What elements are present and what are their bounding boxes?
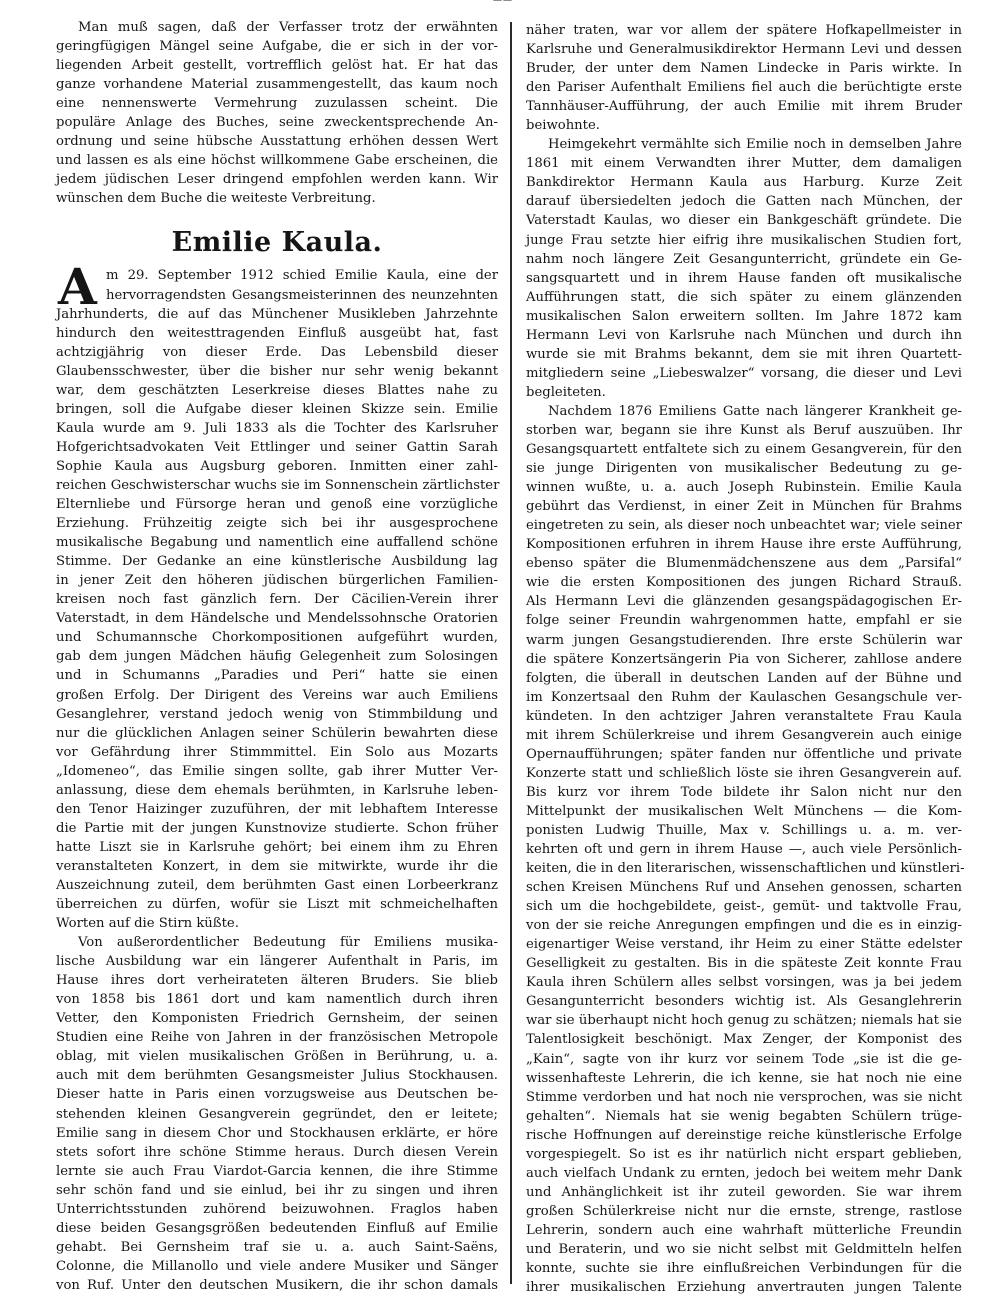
- text-line: Bankdirektor Hermann Kaula aus Harburg. …: [526, 173, 962, 192]
- drop-cap: A: [58, 265, 97, 309]
- text-line: wie die ersten Kompositionen des jungen …: [526, 573, 962, 592]
- paragraph-2: Von außerordentlicher Bedeutung für Emil…: [56, 933, 498, 1294]
- text-line: winnen wußte, u. a. auch Joseph Rubinste…: [526, 478, 962, 497]
- text-line: vorgespiegelt. So ist es ihr natürlich n…: [526, 1145, 962, 1164]
- text-line: kreisen noch fast gänzlich fern. Der Cäc…: [56, 590, 498, 609]
- text-line: oblag, mit vielen musikalischen Größen i…: [56, 1047, 498, 1066]
- text-line: 1861 mit einem Verwandten ihrer Mutter, …: [526, 154, 962, 173]
- text-line: folge seiner Freundin wahrgenommen hatte…: [526, 611, 962, 630]
- text-line: Jahrhunderts, die auf das Münchener Musi…: [56, 305, 498, 324]
- text-line: näher traten, war vor allem der spätere …: [526, 21, 962, 40]
- text-line: und Schumannsche Chorkompositionen aufge…: [56, 628, 498, 647]
- text-line: begleiteten.: [526, 383, 962, 402]
- text-line: Aufführungen statt, die sich später zu e…: [526, 288, 962, 307]
- text-line: storben war, begann sie ihre Kunst als B…: [526, 421, 962, 440]
- text-line: gebührt das Verdienst, in einer Zeit in …: [526, 497, 962, 516]
- text-line: Dieser hatte in Paris einen vorzugsweise…: [56, 1085, 498, 1104]
- text-line: anlassung, diese dem ehemals berühmten, …: [56, 781, 498, 800]
- text-line: warm jungen Gesangstudierenden. Ihre ers…: [526, 631, 962, 650]
- text-line: keiten, die in den literarischen, wissen…: [526, 859, 962, 878]
- text-line: Studien eine Reihe von Jahren in der fra…: [56, 1028, 498, 1047]
- text-line: auch vielfach Undank zu ernten, jedoch b…: [526, 1164, 962, 1183]
- text-line: in jener Zeit den höheren jüdischen bürg…: [56, 571, 498, 590]
- text-line: eingetreten zu sein, als dieser noch unb…: [526, 516, 962, 535]
- text-line: bringen, soll die Aufgabe dieser kleinen…: [56, 400, 498, 419]
- text-line: von Ruf. Unter den deutschen Musikern, d…: [56, 1276, 498, 1294]
- text-line: Talentlosigkeit beschönigt. Max Zenger, …: [526, 1030, 962, 1049]
- text-line: eine nennenswerte Vermehrung zuzulassen …: [56, 94, 498, 113]
- text-line: Gesangunterricht besonders wichtig ist. …: [526, 992, 962, 1011]
- text-line: und Beraterin, und wo sie nicht selbst m…: [526, 1240, 962, 1259]
- text-line: Gesanglehrer, verstand jedoch wenig von …: [56, 705, 498, 724]
- text-line: Unterrichtsstunden zuhörend beizuwohnen.…: [56, 1200, 498, 1219]
- text-line: konnte, suchte sie ihre einflußreichen V…: [526, 1259, 962, 1278]
- paragraph-1: Jahrhunderts, die auf das Münchener Musi…: [56, 305, 498, 934]
- text-line: Colonne, die Millanollo und viele andere…: [56, 1257, 498, 1276]
- text-line: musikalischen Salon erweitern sollten. I…: [526, 307, 962, 326]
- text-line: Auszeichnung zuteil, dem berühmten Gast …: [56, 876, 498, 895]
- text-line: stets sofort ihre schöne Stimme heraus. …: [56, 1143, 498, 1162]
- text-line: achtzigjährig von dieser Erde. Das Leben…: [56, 343, 498, 362]
- text-line: sehr schön fand und sie einlud, bei ihr …: [56, 1181, 498, 1200]
- text-line: Gesangsquartett entfaltete sich zu einem…: [526, 440, 962, 459]
- text-line: Kompositionen erfuhren in ihrem Hause ih…: [526, 535, 962, 554]
- text-line: kündeten. In den achtziger Jahren verans…: [526, 707, 962, 726]
- text-line: rische Hoffnungen auf dereinstige reiche…: [526, 1126, 962, 1145]
- text-line: wurde sie mit Brahms bekannt, dem sie mi…: [526, 345, 962, 364]
- text-line: ordnung und seine hübsche Ausstattung er…: [56, 132, 498, 151]
- text-line: auch mit dem berühmten Gesangsmeister Ju…: [56, 1066, 498, 1085]
- text-line: ponisten Ludwig Thuille, Max v. Schillin…: [526, 821, 962, 840]
- text-line: „Kain“, sagte von ihr kurz vor seinem To…: [526, 1050, 962, 1069]
- text-line: schen Kreisen Münchens Ruf und Ansehen g…: [526, 878, 962, 897]
- text-line: Worten auf die Stirn küßte.: [56, 914, 498, 933]
- text-line: jedem jüdischen Leser dringend empfohlen…: [56, 170, 498, 189]
- text-line: Mittelpunkt der musikalischen Welt Münch…: [526, 802, 962, 821]
- text-line: reichen Geschwisterschar wuchs sie im So…: [56, 476, 498, 495]
- right-column: näher traten, war vor allem der spätere …: [526, 21, 962, 1294]
- text-line: Geselligkeit zu gestalten. Bis in die sp…: [526, 954, 962, 973]
- text-line: wünschen dem Buche die weiteste Verbreit…: [56, 189, 498, 208]
- paragraph-4: Nachdem 1876 Emiliens Gatte nach längere…: [526, 402, 962, 1294]
- text-line: Man muß sagen, daß der Verfasser trotz d…: [56, 18, 498, 37]
- paragraph-3: Heimgekehrt vermählte sich Emilie noch i…: [526, 135, 962, 402]
- text-line: Erziehung. Frühzeitig zeigte sich bei ih…: [56, 514, 498, 533]
- article-title: Emilie Kaula.: [56, 226, 498, 260]
- text-line: Nachdem 1876 Emiliens Gatte nach längere…: [526, 402, 962, 421]
- text-line: wissenhafteste Lehrerin, die ich kenne, …: [526, 1069, 962, 1088]
- text-line: lische Ausbildung war ein längerer Aufen…: [56, 952, 498, 971]
- text-line: populäre Anlage des Buches, seine zwecke…: [56, 113, 498, 132]
- text-line: stehenden kleinen Gesangverein gegründet…: [56, 1105, 498, 1124]
- text-line: veranstalteten Konzert, in dem sie mitwi…: [56, 857, 498, 876]
- text-line: und in Schumanns „Paradies und Peri“ hat…: [56, 666, 498, 685]
- text-line: großen Erfolg. Der Dirigent des Vereins …: [56, 686, 498, 705]
- text-line: Kaula wurde am 9. Juli 1833 als die Toch…: [56, 419, 498, 438]
- text-line: Vaterstadt Kaulas, wo dieser ein Bankges…: [526, 211, 962, 230]
- text-line: überreichen zu dürfen, wofür sie Liszt m…: [56, 895, 498, 914]
- text-line: von der sie reiche Anregungen empfingen …: [526, 916, 962, 935]
- text-line: junge Frau setzte hier eifrig ihre musik…: [526, 231, 962, 250]
- text-line: hervorragendsten Gesangsmeisterinnen des…: [56, 286, 498, 305]
- text-line: war, dem geschätzten Leserkreise dieses …: [56, 381, 498, 400]
- text-line: Vetter, den Komponisten Friedrich Gernsh…: [56, 1009, 498, 1028]
- text-line: eigenartiger Weise verstand, ihr Heim zu…: [526, 935, 962, 954]
- text-line: und lassen es als eine höchst willkommen…: [56, 151, 498, 170]
- text-line: ihrer musikalischen Erziehung anvertraut…: [526, 1278, 962, 1294]
- text-line: ebenso später die Blumenmädchenszene aus…: [526, 554, 962, 573]
- paragraph-2-continued: näher traten, war vor allem der spätere …: [526, 21, 962, 135]
- text-line: von 1858 bis 1861 dort und kam namentlic…: [56, 990, 498, 1009]
- text-line: Vaterstadt, in dem Händelsche und Mendel…: [56, 609, 498, 628]
- text-line: Elternliebe und Fürsorge heran und genoß…: [56, 495, 498, 514]
- text-line: großen Schülerkreise nicht nur die ernst…: [526, 1202, 962, 1221]
- text-line: sangsquartett und in ihrem Hause fanden …: [526, 269, 962, 288]
- text-line: Hofgerichtsadvokaten Veit Ettlinger und …: [56, 438, 498, 457]
- page-number: ——: [478, 0, 528, 4]
- text-line: Stimme verdorben und hat noch nie verspr…: [526, 1088, 962, 1107]
- text-line: nahm noch längere Zeit Gesangunterricht,…: [526, 250, 962, 269]
- text-line: hatte Liszt sie in Karlsruhe gehört; bei…: [56, 838, 498, 857]
- text-line: Hermann Levi von Karlsruhe nach München …: [526, 326, 962, 345]
- article-opening: A m 29. September 1912 schied Emilie Kau…: [56, 266, 498, 304]
- text-line: mit ihrem Schülerkreise und ihrem Gesang…: [526, 726, 962, 745]
- text-line: vor Gefährdung ihrer Stimmmittel. Ein So…: [56, 743, 498, 762]
- text-line: Als Hermann Levi die glänzenden gesangsp…: [526, 592, 962, 611]
- text-line: Karlsruhe und Generalmusikdirektor Herma…: [526, 40, 962, 59]
- text-line: und Anhänglichkeit ist ihr zuteil geword…: [526, 1183, 962, 1202]
- text-line: Bruder, der unter dem Namen Lindecke in …: [526, 59, 962, 78]
- text-line: beiwohnte.: [526, 116, 962, 135]
- text-line: sich um die hochgebildete, geist-, gemüt…: [526, 897, 962, 916]
- text-line: gab dem jungen Mädchen häufig Gelegenhei…: [56, 647, 498, 666]
- text-line: gehabt. Bei Gernsheim traf sie u. a. auc…: [56, 1238, 498, 1257]
- text-line: folgten, die überall in deutschen Landen…: [526, 669, 962, 688]
- text-line: Opernaufführungen; später fanden nur öff…: [526, 745, 962, 764]
- text-line: darauf übersiedelten jedoch die Gatten n…: [526, 192, 962, 211]
- text-line: Kaula ihren Schülern alles selbst vorsin…: [526, 973, 962, 992]
- text-line: geringfügigen Mängel seine Aufgabe, die …: [56, 37, 498, 56]
- text-line: lernte sie auch Frau Viardot-Garcia kenn…: [56, 1162, 498, 1181]
- text-line: sie junge Dirigenten von musikalischer B…: [526, 459, 962, 478]
- left-column: Man muß sagen, daß der Verfasser trotz d…: [56, 18, 498, 1294]
- review-paragraph: Man muß sagen, daß der Verfasser trotz d…: [56, 18, 498, 208]
- text-line: Sophie Kaula aus Augsburg geboren. Inmit…: [56, 457, 498, 476]
- text-line: liegenden Arbeit gestellt, vortrefflich …: [56, 56, 498, 75]
- text-line: Lehrerin, sondern auch eine wahrhaft müt…: [526, 1221, 962, 1240]
- text-line: Tannhäuser-Aufführung, der auch Emilie m…: [526, 97, 962, 116]
- text-line: den Tenor Haizinger zuzuführen, der mit …: [56, 800, 498, 819]
- text-line: Konzerte statt und schließlich löste sie…: [526, 764, 962, 783]
- text-line: diese beiden Gesangsgrößen bedeutenden E…: [56, 1219, 498, 1238]
- text-line: gehalten“. Niemals hat sie wenig begabte…: [526, 1107, 962, 1126]
- text-line: Hause ihres dort verheirateten älteren B…: [56, 971, 498, 990]
- text-line: Emilie sang in diesem Chor und Stockhaus…: [56, 1124, 498, 1143]
- text-line: m 29. September 1912 schied Emilie Kaula…: [56, 266, 498, 285]
- text-line: ganze vorhandene Material zusammengestel…: [56, 75, 498, 94]
- text-line: Glaubensschwester, über die bisher nur s…: [56, 362, 498, 381]
- text-line: Bis kurz vor ihrem Tode bildete ihr Salo…: [526, 783, 962, 802]
- text-line: war sie überhaupt nicht hoch genug zu sc…: [526, 1011, 962, 1030]
- text-line: hindurch den weitesttragenden Einfluß au…: [56, 324, 498, 343]
- text-line: kehrten oft und gern in ihrem Hause —, a…: [526, 840, 962, 859]
- text-line: Stimme. Der Gedanke an eine künstlerisch…: [56, 552, 498, 571]
- text-line: die Partie mit der jungen Kunstnovize st…: [56, 819, 498, 838]
- text-line: „Idomeneo“, das Emilie singen sollte, ga…: [56, 762, 498, 781]
- column-divider: [510, 22, 512, 1284]
- text-line: Heimgekehrt vermählte sich Emilie noch i…: [526, 135, 962, 154]
- text-line: die spätere Konzertsängerin Pia von Sich…: [526, 650, 962, 669]
- text-line: mitgliedern seine „Liebeswalzer“ vorsang…: [526, 364, 962, 383]
- text-line: nur die glücklichen Anlagen seiner Schül…: [56, 724, 498, 743]
- text-line: musikalische Begabung und namentlich ein…: [56, 533, 498, 552]
- text-line: im Konzertsaal den Ruhm der Kaulaschen G…: [526, 688, 962, 707]
- text-line: Von außerordentlicher Bedeutung für Emil…: [56, 933, 498, 952]
- text-line: den Pariser Aufenthalt Emiliens fiel auc…: [526, 78, 962, 97]
